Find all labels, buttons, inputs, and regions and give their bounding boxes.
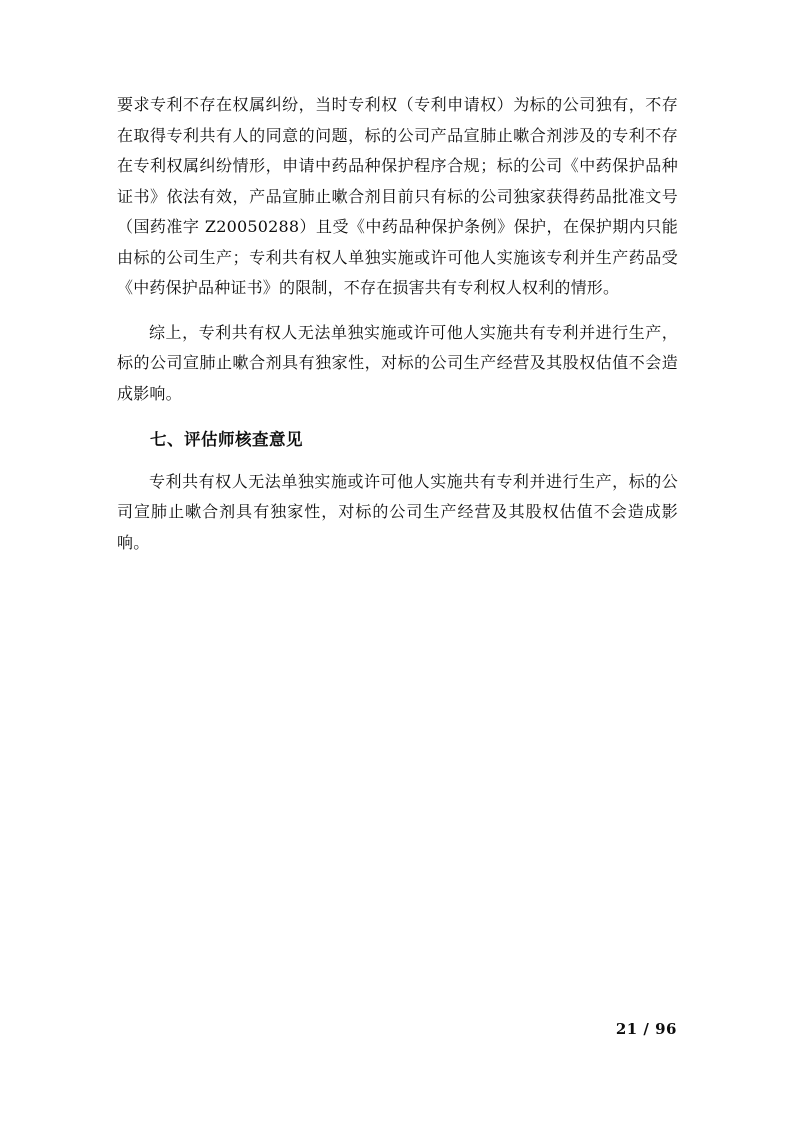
paragraph-patent-ownership: 要求专利不存在权属纠纷，当时专利权（专利申请权）为标的公司独有，不存在取得专利共…	[117, 90, 678, 304]
page-number: 21 / 96	[616, 1020, 677, 1038]
paragraph-summary: 综上，专利共有权人无法单独实施或许可他人实施共有专利并进行生产，标的公司宣肺止嗽…	[117, 318, 678, 410]
section-heading-appraiser-opinion: 七、评估师核查意见	[117, 425, 678, 456]
paragraph-appraiser-opinion: 专利共有权人无法单独实施或许可他人实施共有专利并进行生产，标的公司宣肺止嗽合剂具…	[117, 467, 678, 559]
document-page: 要求专利不存在权属纠纷，当时专利权（专利申请权）为标的公司独有，不存在取得专利共…	[0, 0, 793, 1122]
document-body: 要求专利不存在权属纠纷，当时专利权（专利申请权）为标的公司独有，不存在取得专利共…	[117, 90, 678, 558]
